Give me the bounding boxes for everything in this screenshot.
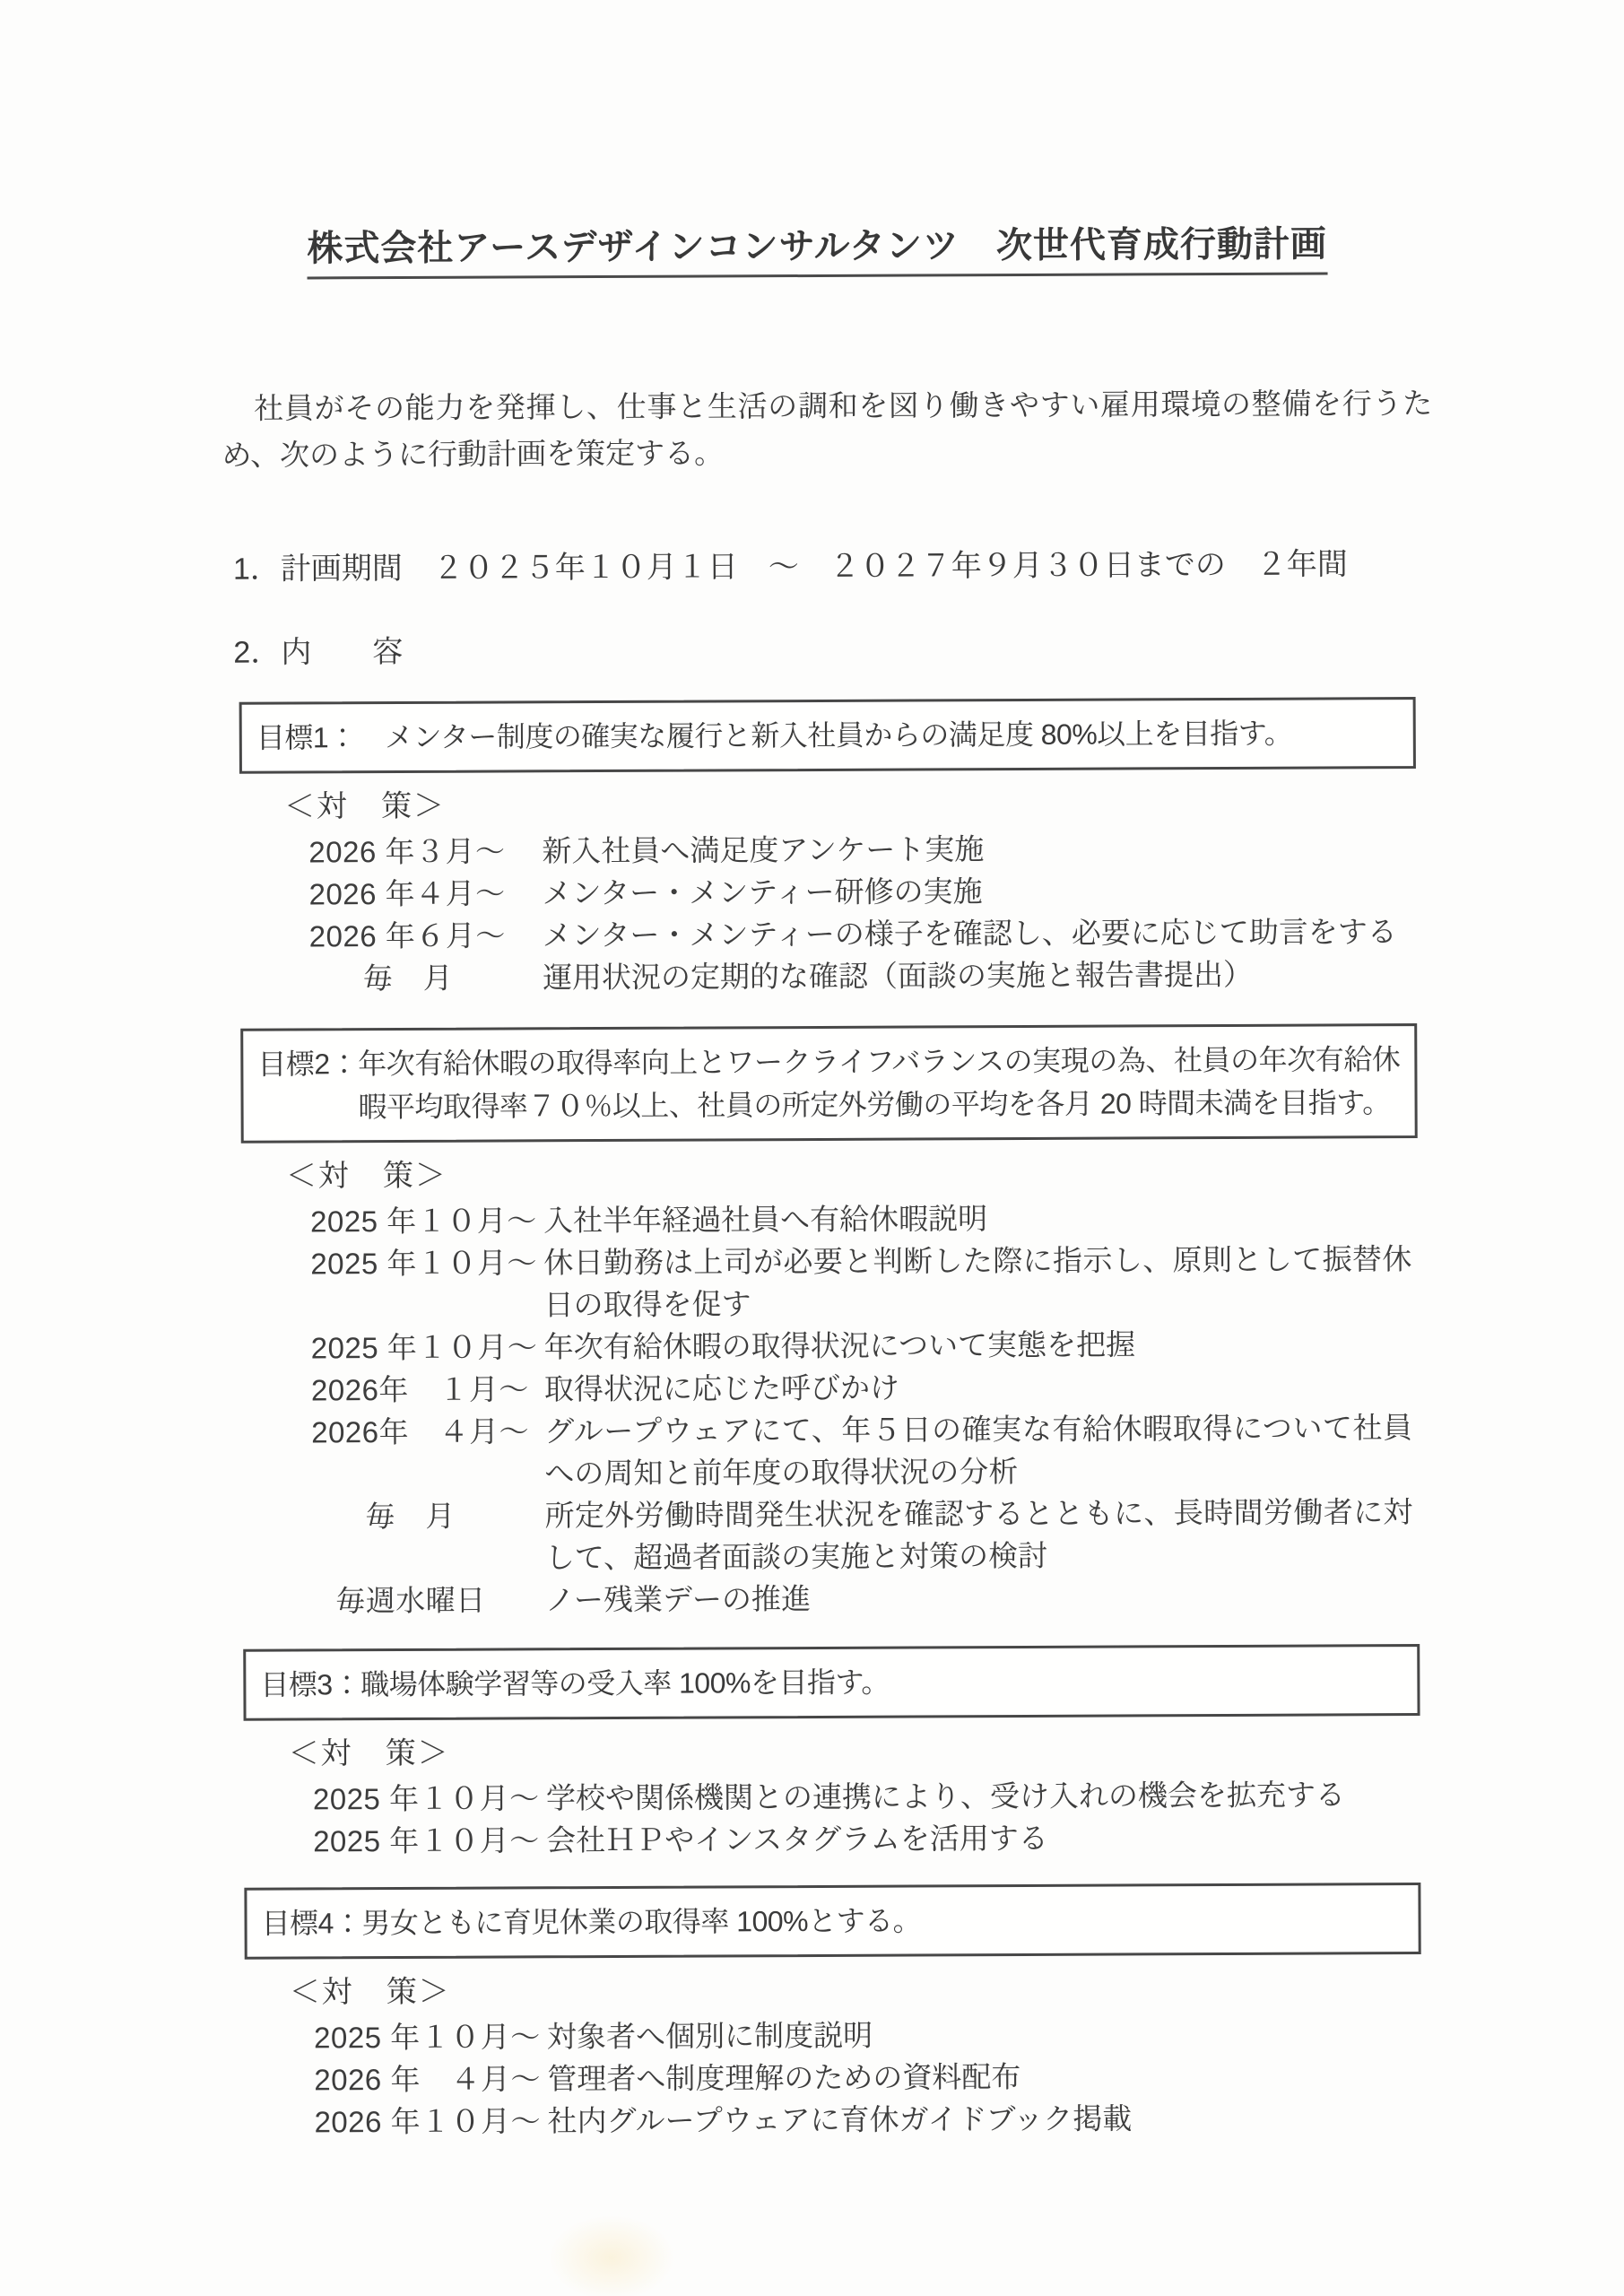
measure-what: グループウェアにて、年５日の確実な有給休暇取得について社員への周知と前年度の取得… [544, 1406, 1412, 1494]
goal-2-measures: 2025 年１０月～ 入社半年経過社員へ有給休暇説明 2025 年１０月～ 休日… [1, 1195, 1624, 1623]
plan-period-number: 1． [233, 552, 281, 587]
goal-1-measures-heading: ＜対 策＞ [284, 780, 1623, 829]
measure-what: 対象者へ個別に制度説明 [547, 2012, 1415, 2057]
measure-when: 毎 月 [309, 956, 543, 999]
measure-when: 2026 年 ４月～ [314, 2057, 547, 2100]
measure-what: 休日勤務は上司が必要と判断した際に指示し、原則として振替休日の取得を促す [543, 1238, 1411, 1326]
goal-3-measures-heading: ＜対 策＞ [289, 1727, 1624, 1776]
measure-when: 2026 年４月～ [308, 872, 542, 915]
goal-2-section: 目標2： 年次有給休暇の取得率向上とワークライフバランスの実現の為、社員の年次有… [0, 1022, 1624, 1623]
document-content: 株式会社アースデザインコンサルタンツ 次世代育成行動計画 社員がその能力を発揮し… [0, 214, 1624, 2144]
measure-when: 2025 年１０月～ [313, 1777, 546, 1820]
goal-1-section: 目標1： メンター制度の確実な履行と新入社員からの満足度 80%以上を目指す。 … [0, 696, 1624, 1001]
goal-1-label: 目標1： [256, 716, 357, 759]
goal-4-label: 目標4： [261, 1901, 361, 1944]
goal-3-measures: 2025 年１０月～ 学校や関係機関との連携により、受け入れの機会を拡充する 2… [4, 1772, 1624, 1864]
measure-what: 新入社員へ満足度アンケート実施 [542, 826, 1410, 872]
measure-row: 2025 年１０月～ 入社半年経過社員へ有給休暇説明 [310, 1195, 1624, 1242]
goal-4-measures-heading: ＜対 策＞ [290, 1966, 1624, 2014]
measure-row: 2025 年１０月～ 対象者へ個別に制度説明 [314, 2011, 1624, 2058]
document-title: 株式会社アースデザインコンサルタンツ 次世代育成行動計画 [307, 215, 1327, 279]
goal-3-label: 目標3： [260, 1663, 360, 1706]
measure-row: 毎週水曜日 ノー残業デーの推進 [312, 1574, 1624, 1622]
measure-when: 毎週水曜日 [312, 1578, 545, 1622]
scanned-document-page: 株式会社アースデザインコンサルタンツ 次世代育成行動計画 社員がその能力を発揮し… [0, 0, 1624, 2296]
plan-period-value: ２０２５年１０月１日 ～ ２０２７年９月３０日までの ２年間 [403, 547, 1348, 586]
goal-1-box: 目標1： メンター制度の確実な履行と新入社員からの満足度 80%以上を目指す。 [239, 697, 1416, 774]
content-label: 内 容 [281, 635, 403, 670]
goal-1-measures: 2026 年３月～ 新入社員へ満足度アンケート実施 2026 年４月～ メンター… [0, 825, 1624, 1001]
goal-2-box: 目標2： 年次有給休暇の取得率向上とワークライフバランスの実現の為、社員の年次有… [240, 1023, 1418, 1144]
measure-what: 所定外労働時間発生状況を確認するとともに、長時間労働者に対して、超過者面談の実施… [544, 1491, 1412, 1578]
measure-row: 2026 年１０月～ 社内グループウェアに育休ガイドブック掲載 [314, 2095, 1624, 2143]
measure-what: 運用状況の定期的な確認（面談の実施と報告書提出） [543, 952, 1411, 998]
measure-when: 2025 年１０月～ [313, 1819, 546, 1862]
scan-smudge [549, 2215, 674, 2296]
measure-when: 2026 年１０月～ [314, 2100, 547, 2143]
measure-what: メンター・メンティーの様子を確認し、必要に応じて助言をする [543, 910, 1411, 956]
measure-what: 学校や関係機関との連携により、受け入れの機会を拡充する [546, 1773, 1414, 1819]
measure-row: 2026年 １月～ 取得状況に応じた呼びかけ [311, 1363, 1624, 1411]
measure-when: 2025 年１０月～ [310, 1241, 543, 1326]
measure-row: 毎 月 運用状況の定期的な確認（面談の実施と報告書提出） [309, 952, 1624, 999]
content-number: 2． [233, 636, 281, 670]
measure-what: 会社ＨＰやインスタグラムを活用する [546, 1815, 1414, 1861]
section-content-heading: 2．内 容 [233, 626, 1622, 674]
measure-row: 2025 年１０月～ 学校や関係機関との連携により、受け入れの機会を拡充する [313, 1772, 1624, 1820]
measure-row: 2026年 ４月～ グループウェアにて、年５日の確実な有給休暇取得について社員へ… [311, 1405, 1624, 1495]
goal-4-text: 男女ともに育児休業の取得率 100%とする。 [361, 1897, 1403, 1944]
goal-1-text: メンター制度の確実な履行と新入社員からの満足度 80%以上を目指す。 [356, 711, 1398, 759]
measure-what: 管理者へ制度理解のための資料配布 [547, 2054, 1415, 2100]
measure-when: 2025 年１０月～ [310, 1199, 543, 1242]
goal-3-text: 職場体験学習等の受入率 100%を目指す。 [360, 1658, 1403, 1706]
goal-3-section: 目標3： 職場体験学習等の受入率 100%を目指す。 ＜対 策＞ 2025 年１… [3, 1643, 1624, 1864]
measure-row: 2025 年１０月～ 会社ＨＰやインスタグラムを活用する [313, 1814, 1624, 1862]
goal-4-measures: 2025 年１０月～ 対象者へ個別に制度説明 2026 年 ４月～ 管理者へ制度… [4, 2011, 1624, 2144]
measure-row: 2026 年４月～ メンター・メンティー研修の実施 [308, 867, 1623, 915]
measure-when: 2026年 ４月～ [311, 1410, 544, 1495]
measure-row: 毎 月 所定外労働時間発生状況を確認するとともに、長時間労働者に対して、超過者面… [311, 1490, 1624, 1579]
measure-what: 年次有給休暇の取得状況について実態を把握 [544, 1322, 1412, 1368]
measure-row: 2026 年 ４月～ 管理者へ制度理解のための資料配布 [314, 2053, 1624, 2100]
title-row: 株式会社アースデザインコンサルタンツ 次世代育成行動計画 [307, 214, 1620, 279]
goal-2-label: 目標2： [257, 1042, 358, 1128]
measure-when: 2026年 １月～ [311, 1368, 544, 1411]
measure-row: 2025 年１０月～ 年次有給休暇の取得状況について実態を把握 [311, 1321, 1624, 1369]
goal-4-section: 目標4： 男女ともに育児休業の取得率 100%とする。 ＜対 策＞ 2025 年… [4, 1882, 1624, 2144]
measure-what: ノー残業デーの推進 [545, 1575, 1413, 1621]
section-plan-period: 1．計画期間 ２０２５年１０月１日 ～ ２０２７年９月３０日までの ２年間 [233, 543, 1622, 591]
measure-when: 2026 年３月～ [308, 830, 542, 873]
measure-what: 社内グループウェアに育休ガイドブック掲載 [547, 2096, 1415, 2142]
measure-what: 入社半年経過社員へ有給休暇説明 [543, 1196, 1411, 1241]
goal-3-box: 目標3： 職場体験学習等の受入率 100%を目指す。 [243, 1644, 1420, 1721]
goal-4-box: 目標4： 男女ともに育児休業の取得率 100%とする。 [244, 1883, 1420, 1960]
measure-when: 2025 年１０月～ [311, 1326, 544, 1369]
measure-row: 2026 年６月～ メンター・メンティーの様子を確認し、必要に応じて助言をする [309, 909, 1624, 957]
goal-2-text: 年次有給休暇の取得率向上とワークライフバランスの実現の為、社員の年次有給休暇平均… [358, 1038, 1401, 1128]
goal-2-measures-heading: ＜対 策＞ [286, 1150, 1624, 1198]
measure-when: 毎 月 [311, 1494, 544, 1579]
measure-when: 2026 年６月～ [309, 914, 543, 957]
measure-row: 2026 年３月～ 新入社員へ満足度アンケート実施 [308, 825, 1623, 873]
measure-row: 2025 年１０月～ 休日勤務は上司が必要と判断した際に指示し、原則として振替休… [310, 1237, 1624, 1326]
measure-when: 2025 年１０月～ [314, 2015, 547, 2058]
intro-paragraph: 社員がその能力を発揮し、仕事と生活の調和を図り働きやすい雇用環境の整備を行うため… [221, 380, 1432, 479]
plan-period-label: 計画期間 [281, 552, 403, 587]
measure-what: メンター・メンティー研修の実施 [542, 868, 1410, 914]
measure-what: 取得状況に応じた呼びかけ [544, 1364, 1412, 1410]
